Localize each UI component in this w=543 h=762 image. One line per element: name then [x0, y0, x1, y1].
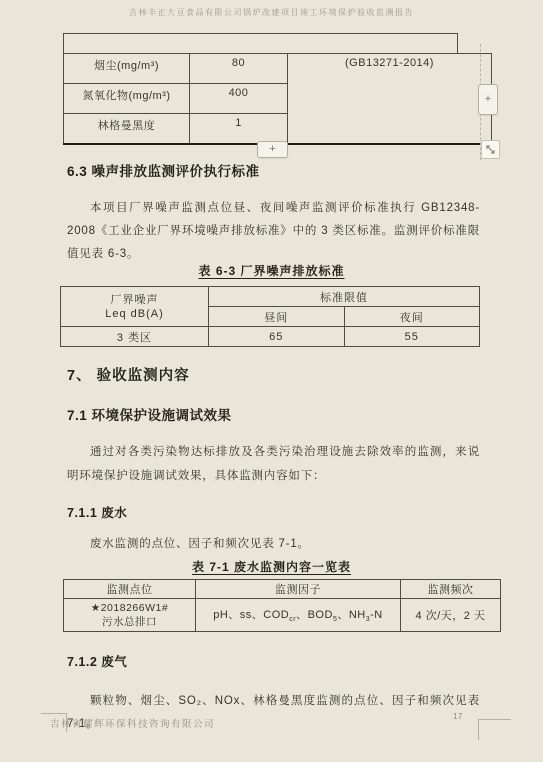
site-line2: 污水总排口 — [66, 615, 193, 629]
section-7-1-2-heading: 7.1.2 废气 — [67, 652, 127, 670]
site-line1: ★2018266W1# — [66, 601, 193, 615]
day-value-cell[interactable]: 65 — [209, 327, 345, 347]
section-7-heading: 7、 验收监测内容 — [67, 364, 190, 385]
plus-icon: + — [269, 144, 275, 155]
margin-mark-left — [41, 713, 67, 714]
night-value-cell[interactable]: 55 — [344, 327, 480, 347]
document-page: 吉林丰正大豆食品有限公司锅炉改建项目竣工环境保护验收监测报告 烟尘(mg/m³)… — [0, 0, 543, 762]
section-7-1-heading: 7.1 环境保护设施调试效果 — [67, 404, 232, 424]
footer-company: 吉林省耀辉环保科技咨询有限公司 — [50, 716, 215, 730]
section-7-1-1-paragraph: 废水监测的点位、因子和频次见表 7-1。 — [67, 533, 480, 556]
value-cell[interactable]: 1 — [190, 114, 288, 145]
factors-text: 、BOD — [296, 609, 333, 621]
factors-text: 、NH — [337, 609, 365, 621]
table-continuation-row — [63, 33, 458, 54]
frequency-header-cell[interactable]: 监测频次 — [401, 580, 501, 599]
table-resize-handle[interactable] — [481, 140, 500, 159]
limit-header-cell[interactable]: 标准限值 — [209, 287, 480, 307]
noise-table-title: 表 6-3 厂界噪声排放标准 — [0, 262, 543, 279]
value-cell[interactable]: 400 — [190, 84, 288, 114]
corner-line2: Leq dB(A) — [105, 308, 164, 320]
wastewater-table-title: 表 7-1 废水监测内容一览表 — [0, 558, 543, 575]
factors-text: -N — [370, 609, 383, 621]
section-6-3-heading: 6.3 噪声排放监测评价执行标准 — [67, 160, 260, 180]
factors-cell[interactable]: pH、ss、CODcr、BOD5、NH3-N — [196, 599, 401, 632]
page-header-title: 吉林丰正大豆食品有限公司锅炉改建项目竣工环境保护验收监测报告 — [0, 7, 543, 18]
margin-mark-right — [478, 719, 511, 720]
factors-header-cell[interactable]: 监测因子 — [196, 580, 401, 599]
table-header-row: 厂界噪声 Leq dB(A) 标准限值 — [61, 287, 480, 307]
value-cell[interactable]: 80 — [190, 54, 288, 84]
table-row: 烟尘(mg/m³) 80 (GB13271-2014) — [64, 54, 492, 84]
table-header-row: 监测点位 监测因子 监测频次 — [64, 580, 501, 599]
section-7-1-paragraph: 通过对各类污染物达标排放及各类污染治理设施去除效率的监测，来说明环境保护设施调试… — [67, 440, 480, 488]
zone-cell[interactable]: 3 类区 — [61, 327, 209, 347]
section-7-1-1-heading: 7.1.1 废水 — [67, 503, 127, 521]
site-header-cell[interactable]: 监测点位 — [64, 580, 196, 599]
noise-standards-table: 厂界噪声 Leq dB(A) 标准限值 昼间 夜间 3 类区 65 55 — [60, 286, 480, 347]
resize-arrow-icon — [485, 144, 496, 155]
section-6-3-paragraph: 本项目厂界噪声监测点位昼、夜间噪声监测评价标准执行 GB12348-2008《工… — [67, 197, 480, 266]
site-cell[interactable]: ★2018266W1# 污水总排口 — [64, 599, 196, 632]
param-cell[interactable]: 林格曼黑度 — [64, 114, 190, 145]
param-cell[interactable]: 氮氧化物(mg/m³) — [64, 84, 190, 114]
margin-mark-right — [478, 719, 479, 740]
table-row: ★2018266W1# 污水总排口 pH、ss、CODcr、BOD5、NH3-N… — [64, 599, 501, 632]
night-header-cell[interactable]: 夜间 — [344, 307, 480, 327]
noise-corner-cell[interactable]: 厂界噪声 Leq dB(A) — [61, 287, 209, 327]
wastewater-monitoring-table: 监测点位 监测因子 监测频次 ★2018266W1# 污水总排口 pH、ss、C… — [63, 579, 501, 632]
page-number: 17 — [453, 711, 462, 721]
factors-text: pH、ss、COD — [213, 609, 289, 621]
add-row-button[interactable]: + — [257, 141, 288, 158]
frequency-cell[interactable]: 4 次/天，2 天 — [401, 599, 501, 632]
emission-standards-table: 烟尘(mg/m³) 80 (GB13271-2014) 氮氧化物(mg/m³) … — [63, 53, 492, 145]
corner-line1: 厂界噪声 — [111, 294, 159, 306]
param-cell[interactable]: 烟尘(mg/m³) — [64, 54, 190, 84]
standard-ref-cell[interactable]: (GB13271-2014) — [288, 54, 492, 145]
add-column-button[interactable]: + — [478, 84, 498, 115]
day-header-cell[interactable]: 昼间 — [209, 307, 345, 327]
table-row: 3 类区 65 55 — [61, 327, 480, 347]
plus-icon: + — [485, 94, 491, 105]
